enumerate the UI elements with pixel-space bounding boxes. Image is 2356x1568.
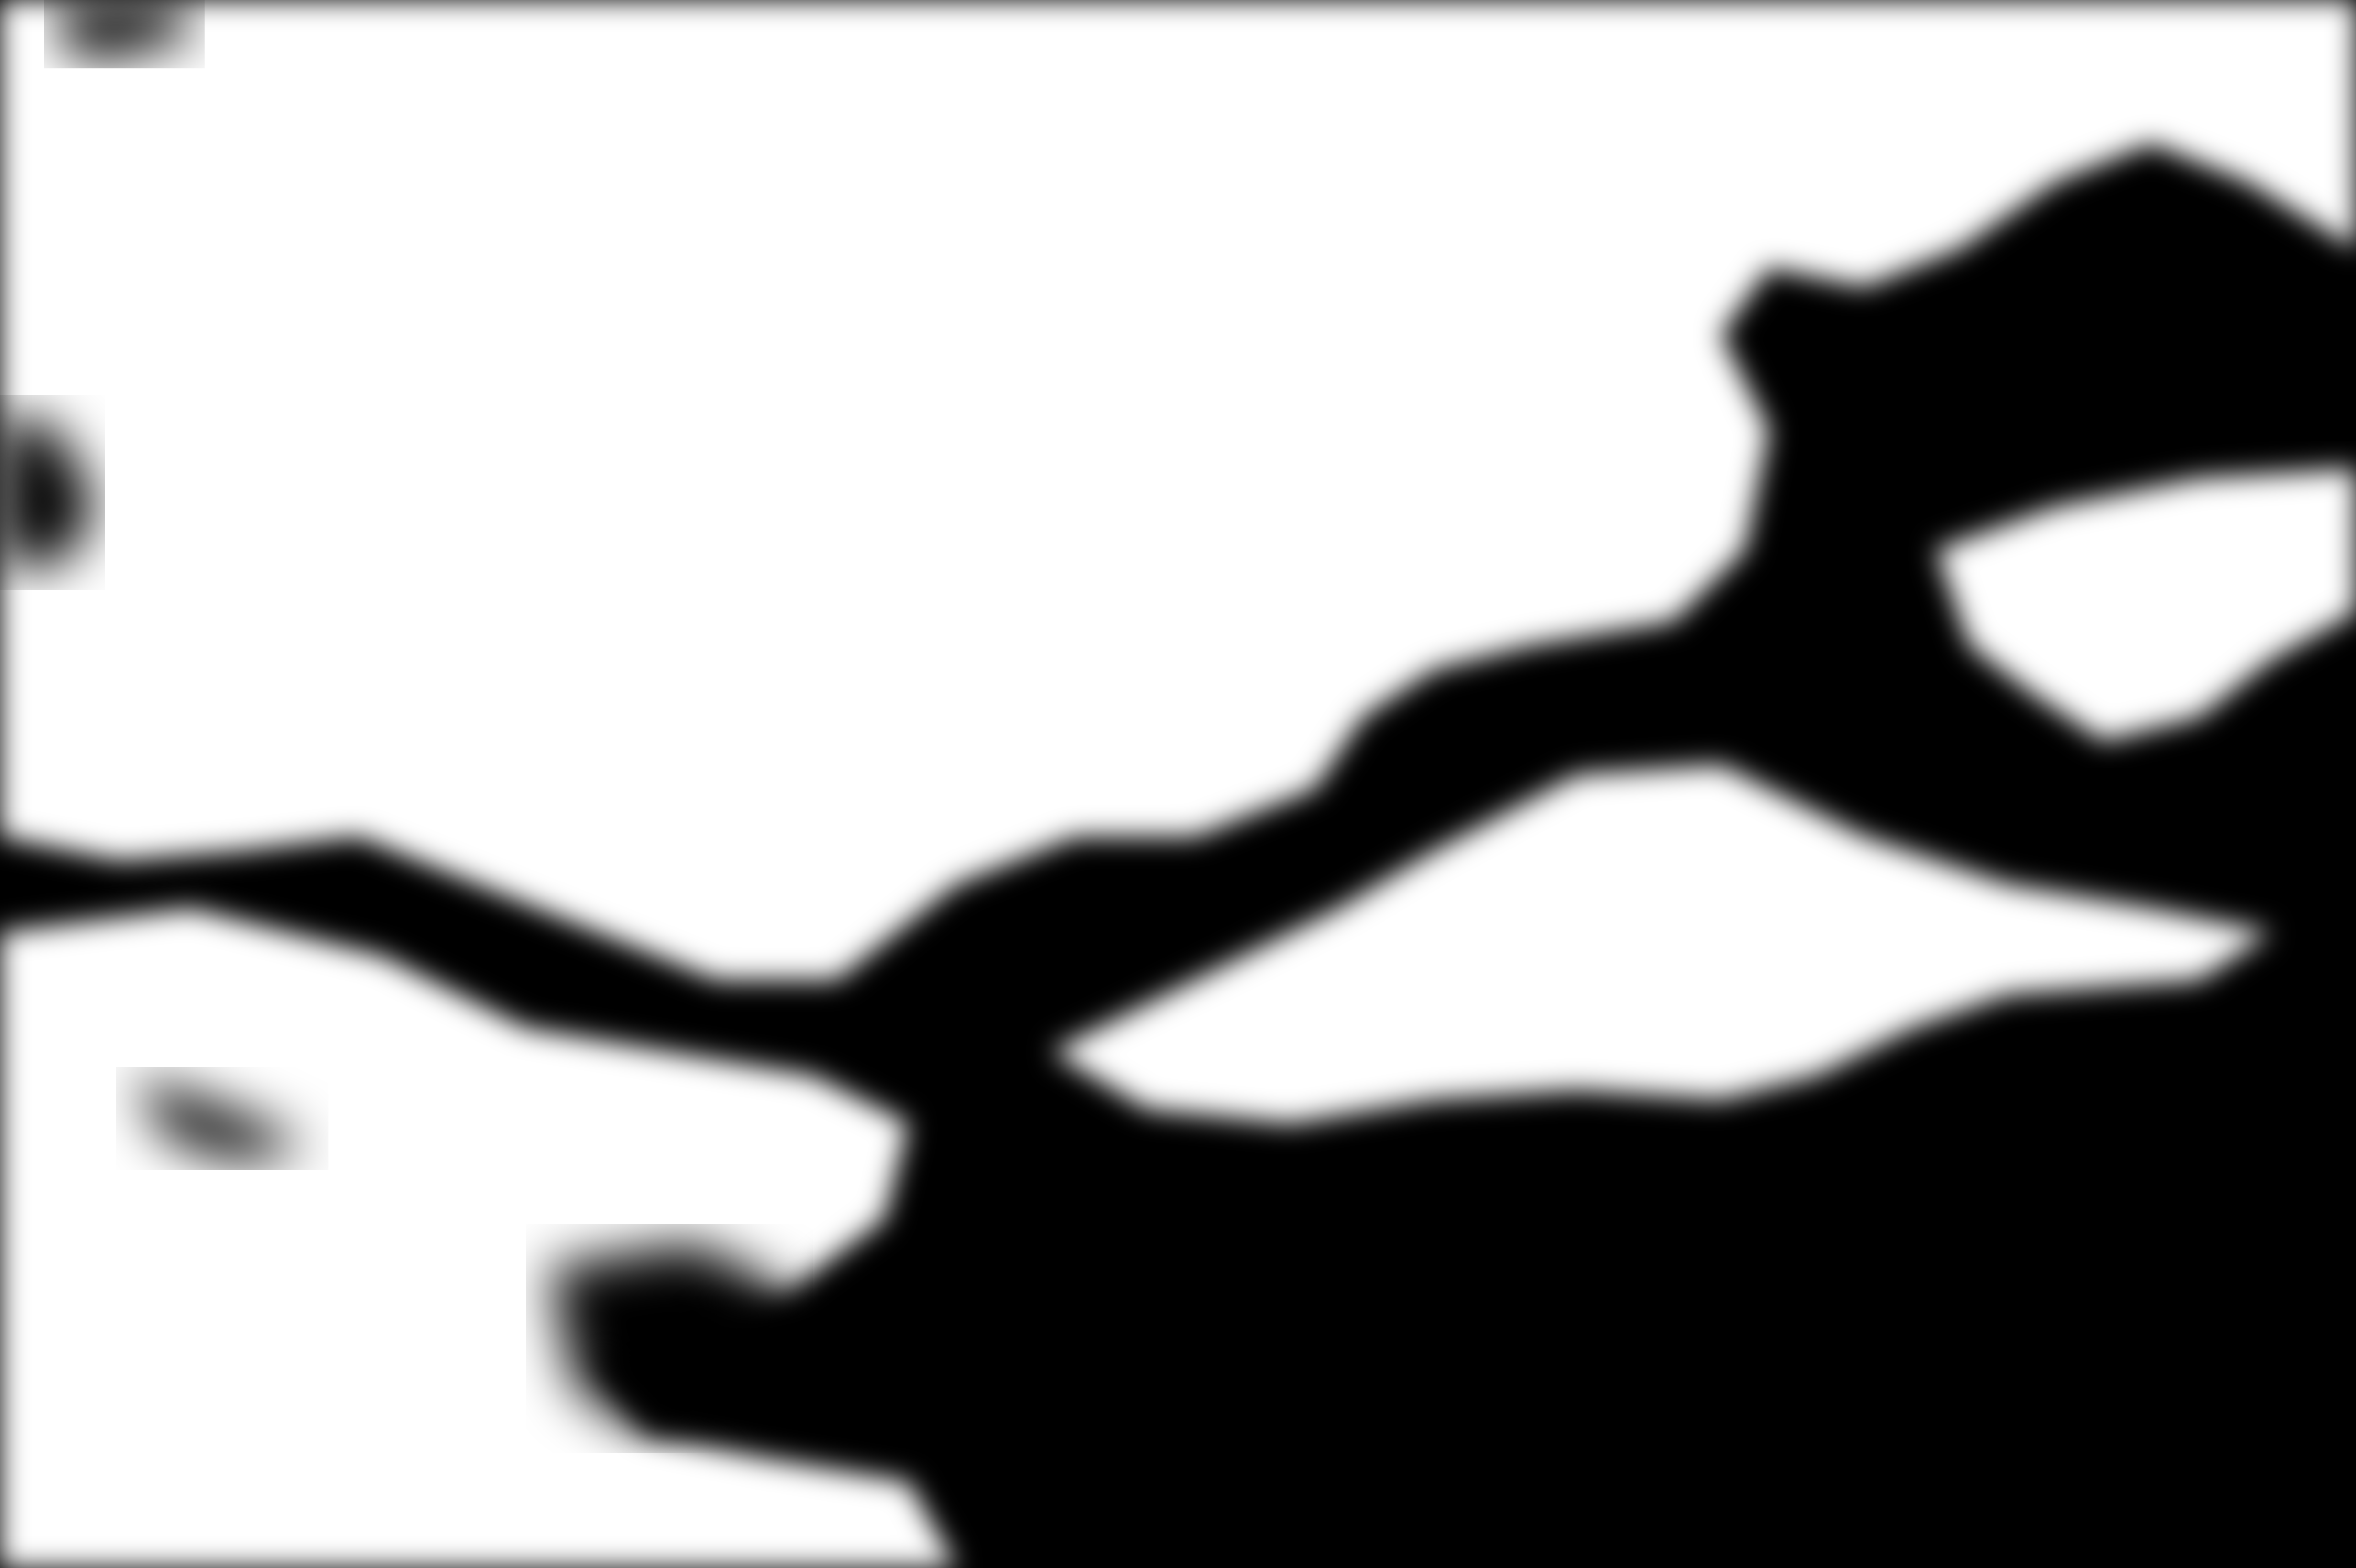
cloud-photograph: High-contrast black-and-white photograph… [0, 0, 2356, 1568]
cloud-layer [0, 0, 2356, 1568]
